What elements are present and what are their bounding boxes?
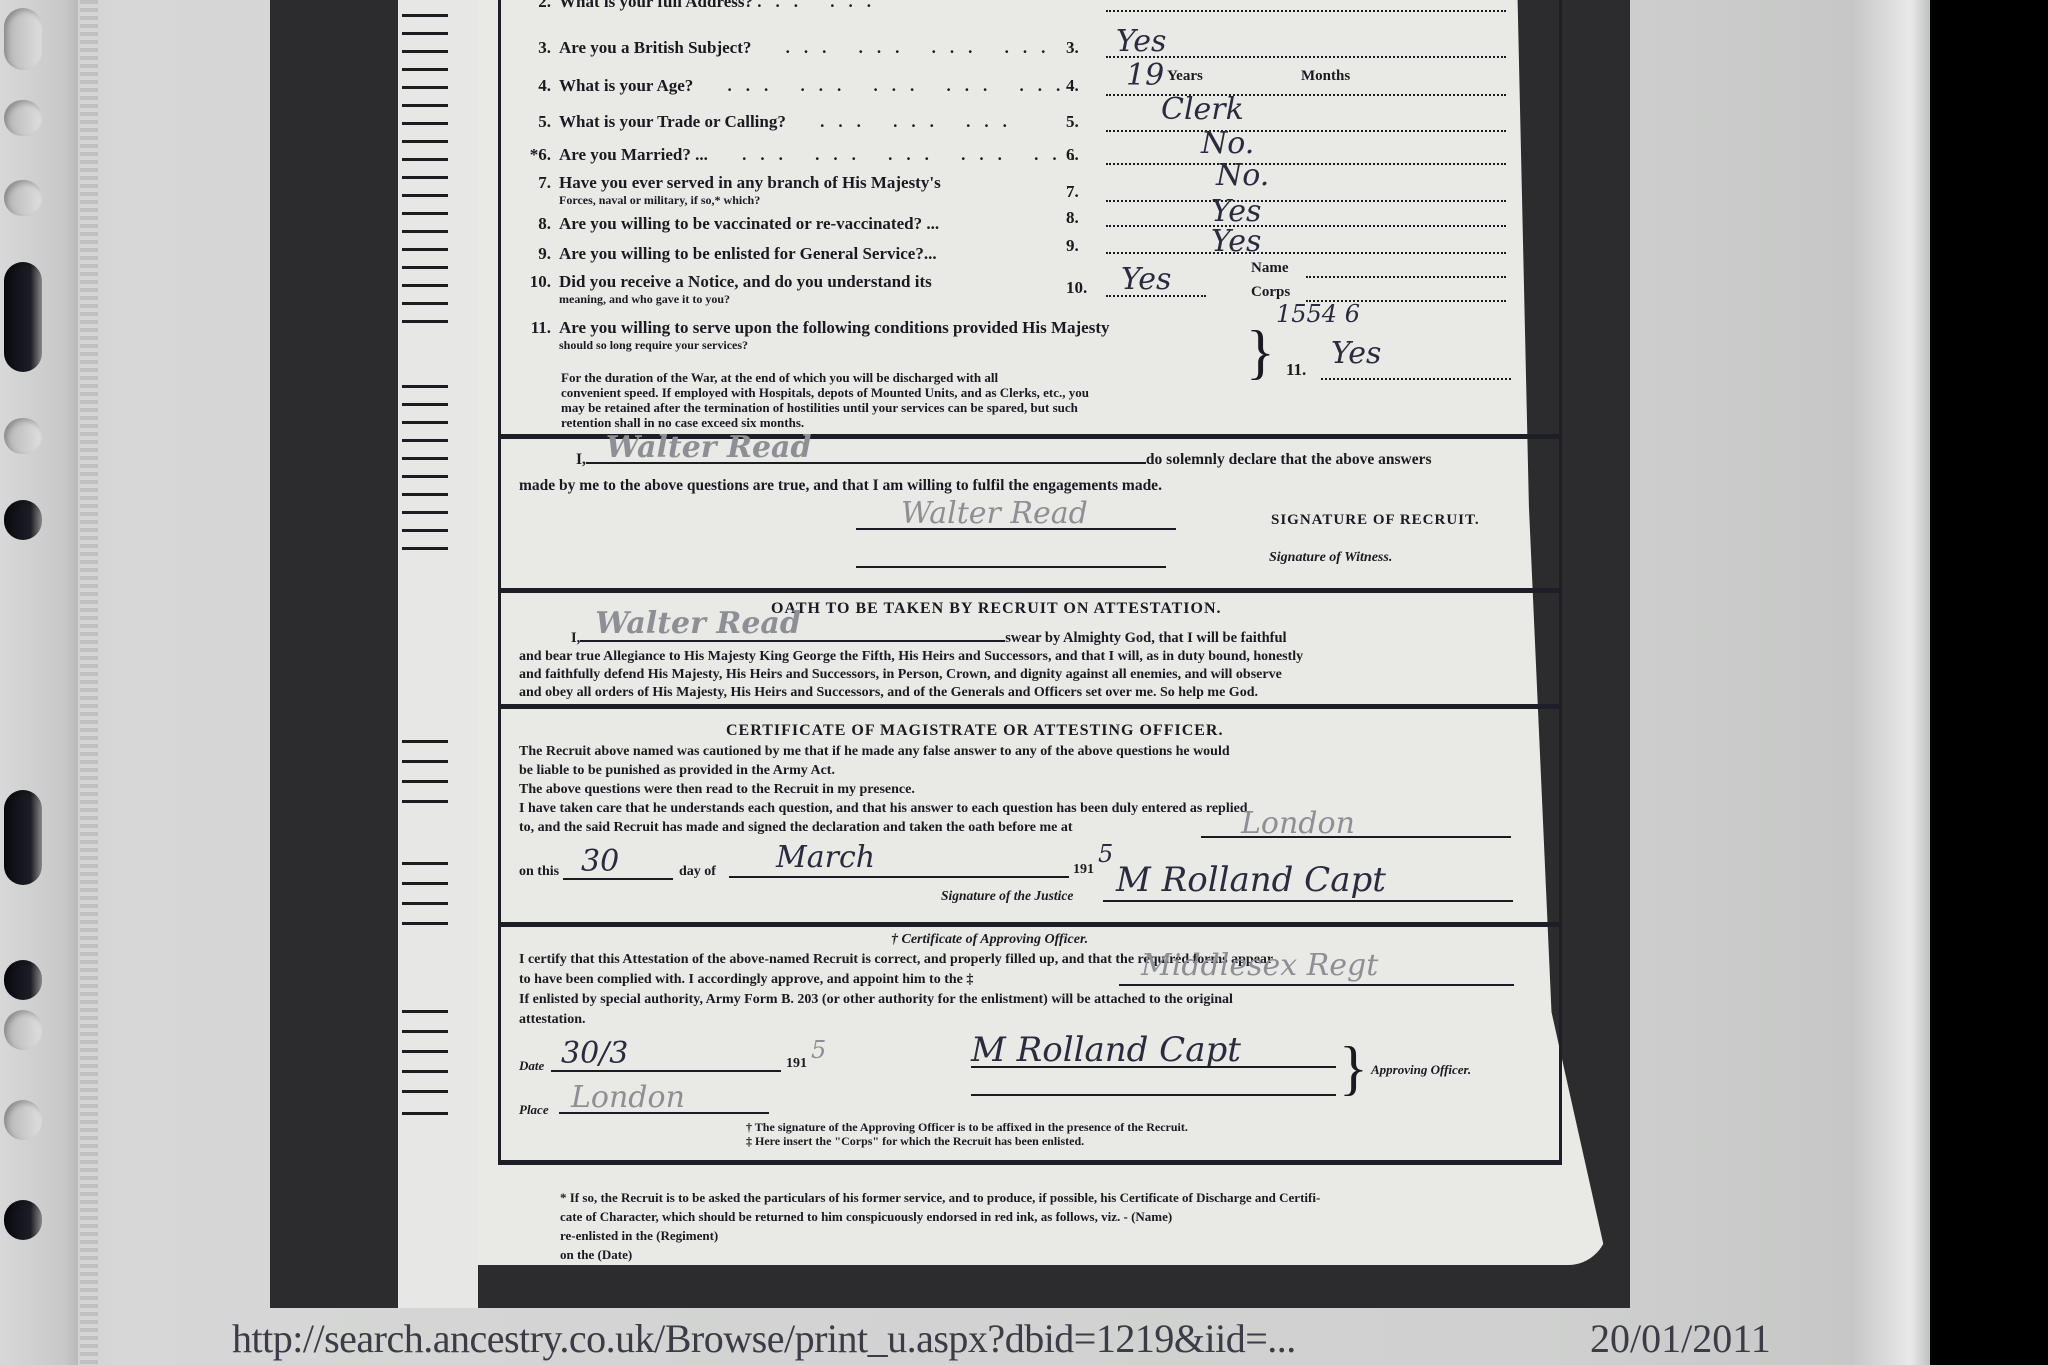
margin-tick (402, 302, 448, 305)
punch-hole (4, 262, 42, 372)
question-7: 7.Have you ever served in any branch of … (519, 173, 941, 208)
answer-line (1106, 130, 1506, 132)
handwritten-corps: Middlesex Regt (1141, 948, 1378, 983)
margin-tick (402, 922, 448, 925)
officer-line-2 (971, 1094, 1336, 1096)
month-line (729, 876, 1069, 878)
margin-tick (402, 140, 448, 143)
magistrate-line: I have taken care that he understands ea… (519, 799, 1248, 818)
magistrate-line: be liable to be punished as provided in … (519, 761, 1248, 780)
signature-line (856, 528, 1176, 530)
margin-tick (402, 475, 448, 478)
oath-text: and bear true Allegiance to His Majesty … (519, 648, 1303, 702)
day-of-label: day of (679, 862, 716, 882)
print-url: http://search.ancestry.co.uk/Browse/prin… (232, 1315, 1296, 1362)
margin-tick (402, 86, 448, 89)
years-label: Years (1167, 68, 1203, 85)
answer-number: 7. (1066, 182, 1079, 202)
handwritten-date: 30/3 (561, 1036, 628, 1071)
punch-hole (4, 418, 42, 454)
margin-tick (402, 457, 448, 460)
margin-tick (402, 122, 448, 125)
handwritten-served: No. (1216, 158, 1269, 193)
justice-signature-label: Signature of the Justice (941, 886, 1073, 906)
margin-tick (402, 68, 448, 71)
answer-line (1106, 163, 1506, 165)
margin-tick (402, 385, 448, 388)
approving-line: attestation. (519, 1010, 1273, 1030)
margin-tick (402, 780, 448, 783)
recruit-signature-label: SIGNATURE OF RECRUIT. (1271, 512, 1480, 529)
margin-tick (402, 194, 448, 197)
margin-tick (402, 176, 448, 179)
approving-line: If enlisted by special authority, Army F… (519, 990, 1273, 1010)
answer-line (1106, 252, 1506, 254)
margin-tick (402, 1010, 448, 1013)
answer-line (1106, 225, 1506, 227)
margin-tick (402, 14, 448, 17)
approving-officer-label: Approving Officer. (1371, 1060, 1471, 1080)
answer-line (1106, 200, 1506, 202)
oath-heading: OATH TO BE TAKEN BY RECRUIT ON ATTESTATI… (771, 600, 1222, 618)
margin-tick (402, 760, 448, 763)
handwritten-day: 30 (581, 844, 619, 879)
justice-signature: M Rolland Capt (1116, 860, 1386, 900)
magistrate-certificate-text: The Recruit above named was cautioned by… (519, 742, 1248, 837)
handwritten-conditions: Yes (1331, 336, 1381, 371)
question-5: 5.What is your Trade or Calling? ... ...… (519, 112, 1021, 132)
year-prefix: 191 (786, 1054, 807, 1074)
margin-tick (402, 493, 448, 496)
margin-tick (402, 740, 448, 743)
answer-line (1106, 10, 1506, 12)
name-line (1306, 276, 1506, 278)
officer-line (971, 1066, 1336, 1068)
oath-line: and bear true Allegiance to His Majesty … (519, 648, 1303, 666)
conditions-text: For the duration of the War, at the end … (561, 370, 1089, 430)
margin-tick (402, 284, 448, 287)
margin-tick (402, 511, 448, 514)
handwritten-age: 19 (1126, 58, 1164, 93)
margin-tick (402, 1050, 448, 1053)
answer-number: 8. (1066, 208, 1079, 228)
handwritten-answer-3: Yes (1116, 24, 1166, 59)
handwritten-attest-place: London (1241, 806, 1355, 841)
corps-appointment-line (1119, 984, 1514, 986)
magistrate-line: to, and the said Recruit has made and si… (519, 818, 1248, 837)
punch-hole (4, 1010, 42, 1050)
question-11: 11.Are you willing to serve upon the fol… (519, 318, 1109, 353)
approving-notes: † The signature of the Approving Officer… (746, 1120, 1188, 1148)
handwritten-year: 5 (811, 1036, 826, 1064)
question-9: 9.Are you willing to be enlisted for Gen… (519, 244, 937, 264)
margin-tick (402, 266, 448, 269)
margin-tick (402, 862, 448, 865)
declaration-line-2: made by me to the above questions are tr… (519, 476, 1162, 496)
question-2: 2.What is your full Address? ... ... (519, 0, 885, 12)
conditions-line: For the duration of the War, at the end … (561, 370, 1089, 385)
margin-tick (402, 230, 448, 233)
question-4: 4.What is your Age? ... ... ... ... ... (519, 76, 1074, 96)
attestation-form: 2.What is your full Address? ... ... 3.A… (498, 0, 1562, 1165)
declaration-line-1: I,Walter Readdo solemnly declare that th… (576, 450, 1432, 470)
punch-hole (4, 500, 42, 540)
justice-line (1103, 900, 1513, 902)
print-date: 20/01/2011 (1590, 1315, 1771, 1362)
handwritten-general-service: Yes (1211, 224, 1261, 259)
answer-number: 10. (1066, 278, 1087, 298)
margin-tick (402, 158, 448, 161)
answer-number: 5. (1066, 112, 1079, 132)
margin-tick (402, 212, 448, 215)
year-prefix: 191 (1073, 860, 1094, 880)
months-label: Months (1301, 68, 1350, 85)
approving-note: ‡ Here insert the "Corps" for which the … (746, 1134, 1188, 1148)
brace: } (1246, 318, 1275, 387)
margin-tick (402, 439, 448, 442)
on-this-label: on this (519, 862, 559, 882)
date-label: Date (519, 1056, 544, 1076)
punch-hole (4, 8, 42, 70)
margin-tick (402, 800, 448, 803)
punch-hole (4, 960, 42, 1000)
approving-officer-signature: M Rolland Capt (971, 1030, 1241, 1070)
question-6: *6.Are you Married? ... ... ... ... ... … (519, 145, 1089, 165)
witness-line (856, 566, 1166, 568)
magistrate-line: The above questions were then read to th… (519, 780, 1248, 799)
handwritten-married: No. (1201, 126, 1254, 161)
footnote-line: * If so, the Recruit is to be asked the … (560, 1188, 1320, 1207)
answer-number: 11. (1286, 360, 1306, 380)
answer-number: 4. (1066, 76, 1079, 96)
answer-line (1321, 378, 1511, 380)
oath-line: and obey all orders of His Majesty, His … (519, 684, 1303, 702)
question-8: 8.Are you willing to be vaccinated or re… (519, 214, 939, 234)
margin-tick (402, 32, 448, 35)
approving-certificate-heading: † Certificate of Approving Officer. (891, 930, 1088, 950)
punch-hole (4, 1100, 42, 1140)
handwritten-number: 1554 6 (1276, 300, 1360, 328)
handwritten-oath-name: Walter Read (595, 614, 801, 634)
handwritten-trade: Clerk (1161, 92, 1244, 127)
witness-signature-label: Signature of Witness. (1269, 548, 1392, 568)
approving-note: † The signature of the Approving Officer… (746, 1120, 1188, 1134)
footnote-line: on the (Date) (560, 1245, 1320, 1264)
punch-hole (4, 180, 42, 216)
oath-line-1: I,Walter Readswear by Almighty God, that… (571, 628, 1287, 648)
conditions-line: retention shall in no case exceed six mo… (561, 415, 1089, 430)
margin-tick (402, 403, 448, 406)
punch-hole (4, 100, 42, 136)
question-10: 10.Did you receive a Notice, and do you … (519, 272, 932, 307)
oath-line: and faithfully defend His Majesty, His H… (519, 666, 1303, 684)
margin-tick (402, 104, 448, 107)
brace: } (1339, 1034, 1368, 1103)
magistrate-line: The Recruit above named was cautioned by… (519, 742, 1248, 761)
corps-label: Corps (1251, 284, 1290, 301)
margin-tick (402, 529, 448, 532)
question-3: 3.Are you a British Subject? ... ... ...… (519, 38, 1059, 58)
margin-tick (402, 902, 448, 905)
handwritten-place: London (571, 1080, 685, 1115)
margin-tick (402, 1030, 448, 1033)
section-divider (501, 922, 1559, 927)
punch-hole (4, 1200, 42, 1240)
handwritten-year: 5 (1098, 840, 1113, 868)
margin-tick (402, 1070, 448, 1073)
margin-tick (402, 248, 448, 251)
footnote-line: cate of Character, which should be retur… (560, 1207, 1320, 1226)
handwritten-declaration-name: Walter Read (606, 438, 812, 458)
punch-hole (4, 790, 42, 885)
margin-tick (402, 882, 448, 885)
handwritten-month: March (776, 840, 875, 875)
section-divider (501, 704, 1559, 709)
name-label: Name (1251, 260, 1289, 277)
footnote-line: re-enlisted in the (Regiment) (560, 1226, 1320, 1245)
handwritten-notice: Yes (1121, 262, 1171, 297)
footnote: * If so, the Recruit is to be asked the … (560, 1188, 1320, 1264)
margin-tick (402, 547, 448, 550)
recruit-signature: Walter Read (901, 496, 1088, 531)
conditions-line: may be retained after the termination of… (561, 400, 1089, 415)
answer-number: 9. (1066, 236, 1079, 256)
conditions-line: convenient speed. If employed with Hospi… (561, 385, 1089, 400)
sleeve-seam (80, 0, 98, 1365)
place-label: Place (519, 1100, 549, 1120)
margin-tick (402, 421, 448, 424)
margin-tick (402, 50, 448, 53)
answer-number: 3. (1066, 38, 1079, 58)
magistrate-certificate-heading: CERTIFICATE OF MAGISTRATE OR ATTESTING O… (726, 722, 1223, 740)
margin-tick (402, 1090, 448, 1093)
margin-tick (402, 320, 448, 323)
section-divider (501, 588, 1559, 593)
margin-tick (402, 1112, 448, 1115)
answer-number: 6. (1066, 145, 1079, 165)
